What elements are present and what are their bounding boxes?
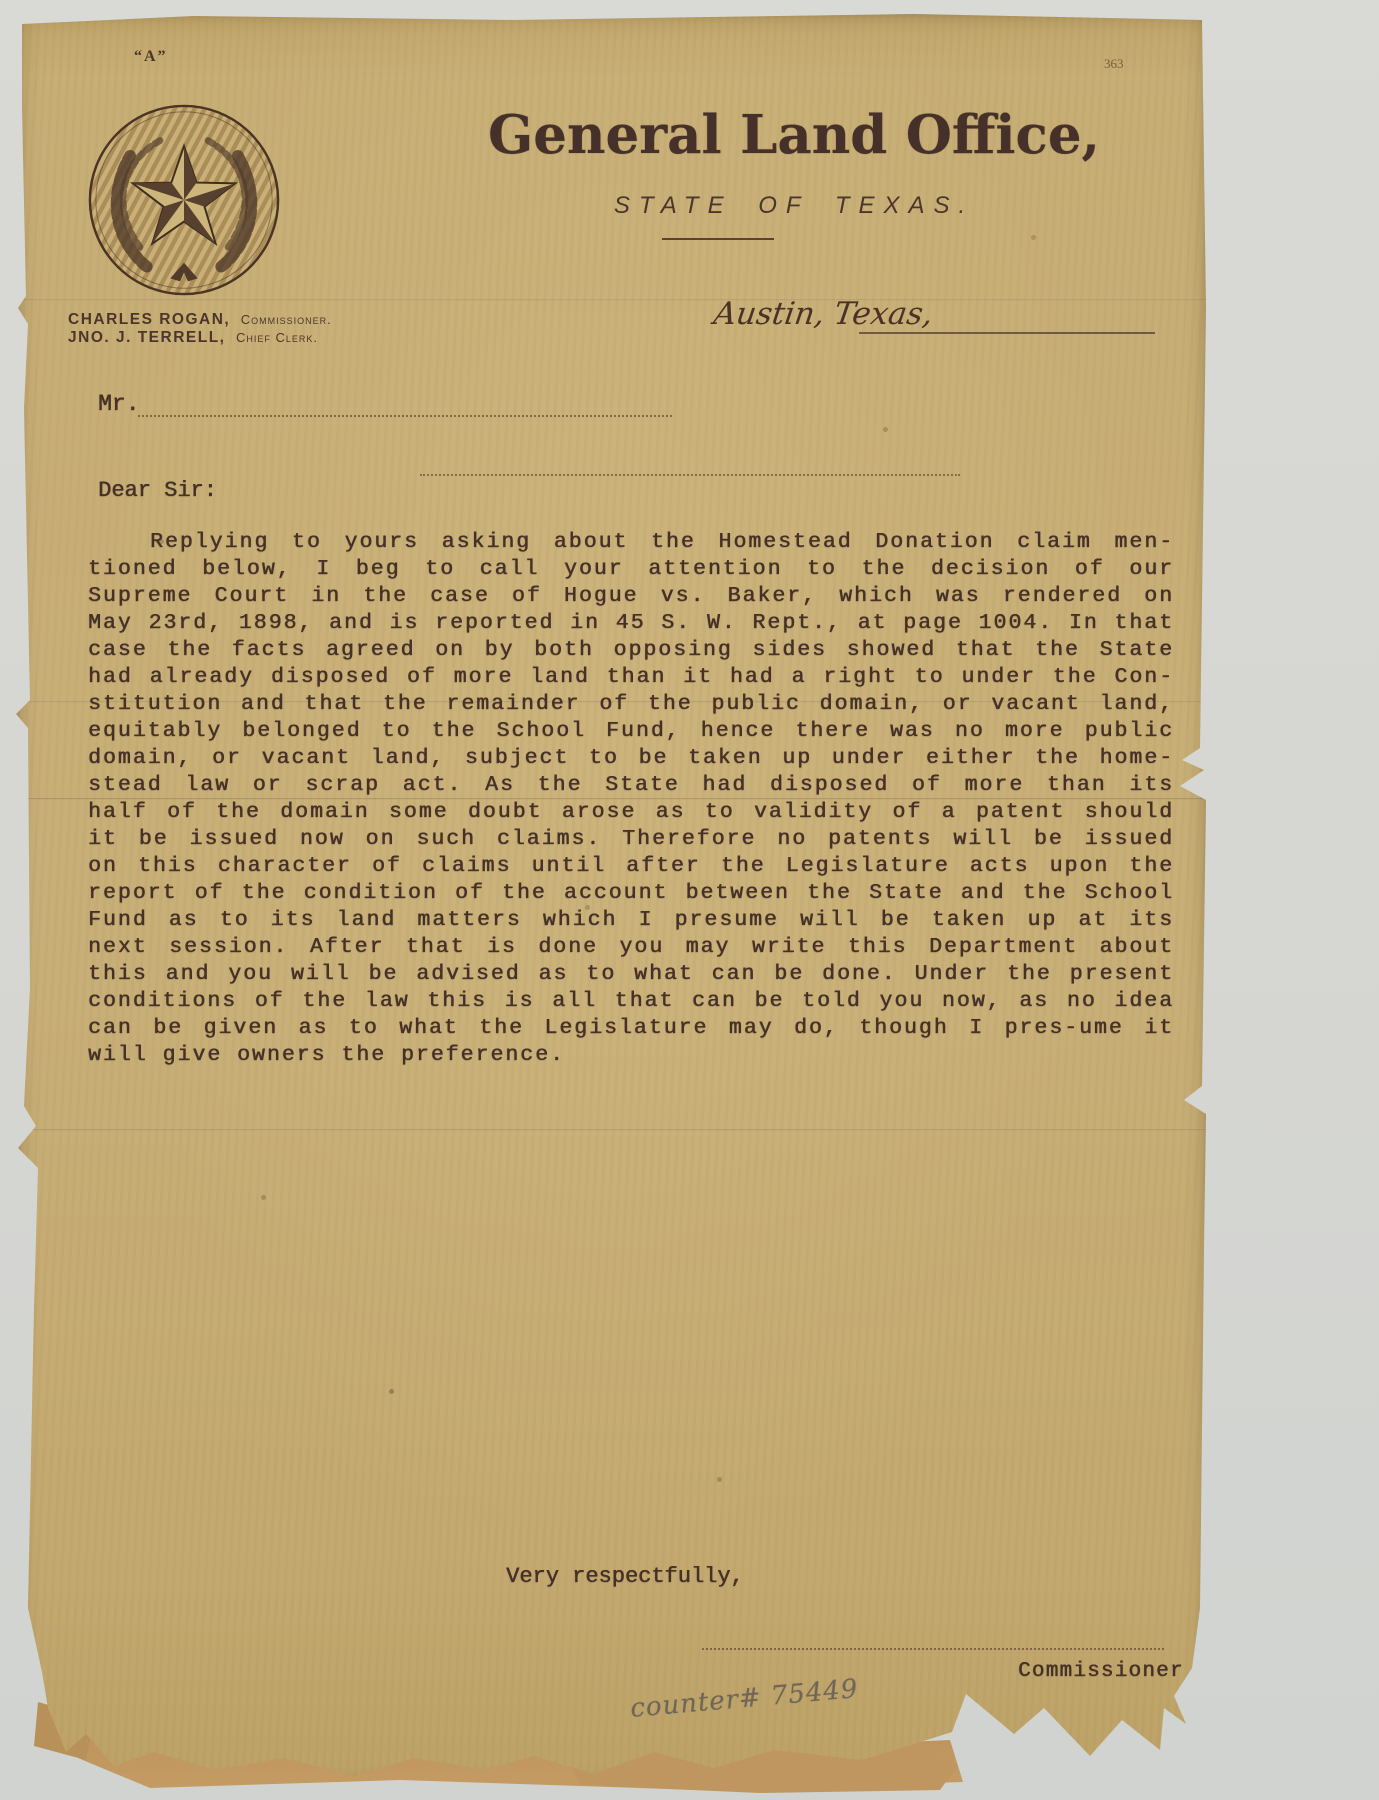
addressee-prefix: Mr. (98, 391, 139, 417)
official-title: Commissioner. (241, 312, 332, 327)
dateline-blank-rule (859, 332, 1155, 334)
letter-body-line: can be given as to what the Legislature … (88, 1015, 1174, 1042)
subject-blank-line (420, 471, 960, 476)
letter-body-line: tioned below, I beg to call your attenti… (88, 556, 1174, 583)
counter-number-annotation: counter# 75449 (629, 1674, 859, 1724)
letter-body-line: Replying to yours asking about the Homes… (88, 529, 1174, 556)
letter-body-line: report of the condition of the account b… (88, 880, 1174, 907)
fold-crease (14, 1128, 1210, 1131)
signature-blank-line (702, 1645, 1164, 1650)
letter-body-line: May 23rd, 1898, and is reported in 45 S.… (88, 610, 1174, 637)
letter-body-line: next session. After that is done you may… (88, 934, 1174, 961)
scanned-letter: “A” 363 General Land Office, (0, 0, 1379, 1800)
letter-body-line: case the facts agreed on by both opposin… (88, 637, 1174, 664)
office-name: General Land Office, (434, 104, 1154, 166)
signature-title: Commissioner. (1018, 1660, 1197, 1683)
fold-crease (14, 298, 1210, 301)
letter-body-line: it be issued now on such claims. Therefo… (88, 826, 1174, 853)
texas-state-seal-icon (86, 102, 282, 298)
letter-body-line: stead law or scrap act. As the State had… (88, 772, 1174, 799)
addressee-blank-line (138, 412, 672, 417)
salutation: Dear Sir: (98, 478, 217, 503)
officials-list: CHARLES ROGAN, Commissioner. JNO. J. TER… (68, 311, 332, 347)
closing: Very respectfully, (506, 1564, 744, 1589)
dateline-city: Austin, Texas, (711, 296, 935, 332)
letter-body-line: Supreme Court in the case of Hogue vs. B… (88, 583, 1174, 610)
letter-body-line: on this character of claims until after … (88, 853, 1174, 880)
state-line: STATE OF TEXAS. (434, 192, 1154, 220)
letter-body-line: conditions of the law this is all that c… (88, 988, 1174, 1015)
letter-body: Replying to yours asking about the Homes… (88, 529, 1174, 1069)
letter-body-line: stitution and that the remainder of the … (88, 691, 1174, 718)
letter-body-line: will give owners the preference. (88, 1042, 1174, 1069)
official-row: CHARLES ROGAN, Commissioner. (68, 311, 332, 329)
folio-number: 363 (1104, 56, 1124, 72)
letter-body-line: half of the domain some doubt arose as t… (88, 799, 1174, 826)
letter-body-line: equitably belonged to the School Fund, h… (88, 718, 1174, 745)
official-title: Chief Clerk. (236, 330, 318, 345)
header-rule (662, 238, 774, 240)
letter-body-line: domain, or vacant land, subject to be ta… (88, 745, 1174, 772)
official-name: JNO. J. TERRELL, (68, 329, 226, 346)
official-row: JNO. J. TERRELL, Chief Clerk. (68, 329, 332, 347)
paper-sheet: “A” 363 General Land Office, (14, 8, 1210, 1784)
series-mark: “A” (134, 48, 168, 66)
letter-body-line: Fund as to its land matters which I pres… (88, 907, 1174, 934)
age-spots (14, 8, 17, 11)
letter-body-line: this and you will be advised as to what … (88, 961, 1174, 988)
letter-body-line: had already disposed of more land than i… (88, 664, 1174, 691)
official-name: CHARLES ROGAN, (68, 311, 230, 328)
